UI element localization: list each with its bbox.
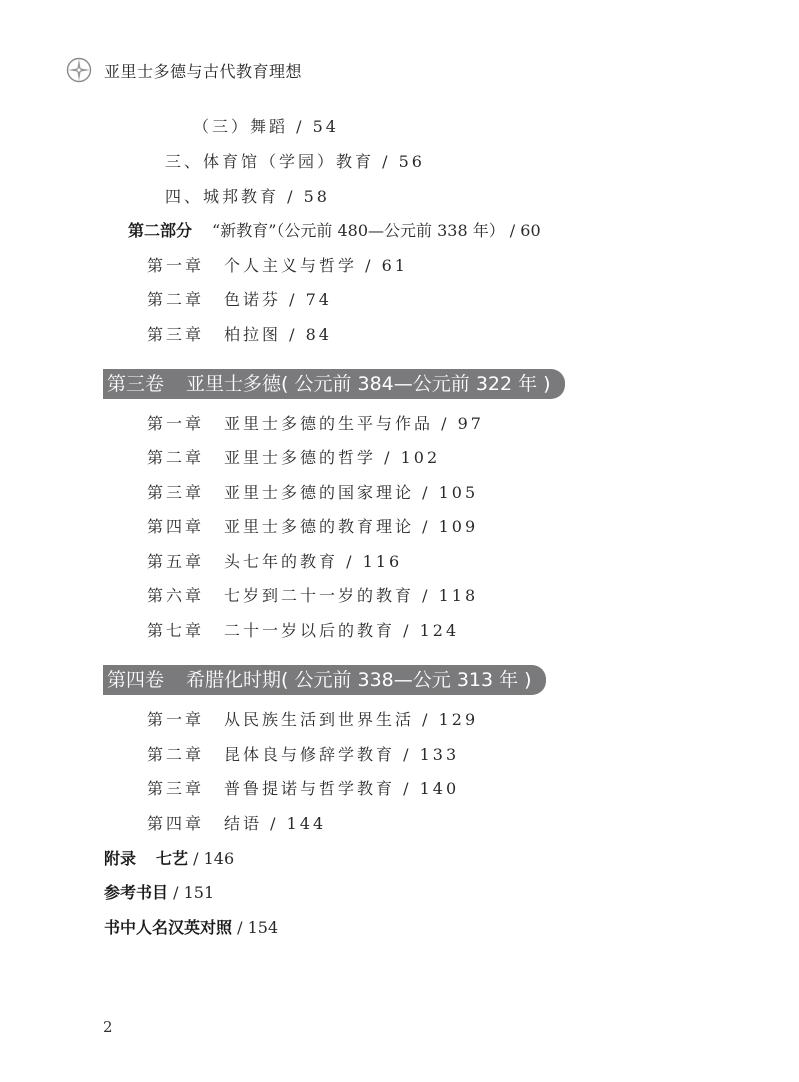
toc-chapter[interactable]: 第三章亚里士多德的国家理论 / 105 — [147, 483, 478, 503]
toc-chapter[interactable]: 第六章七岁到二十一岁的教育 / 118 — [147, 586, 478, 606]
toc-chapter[interactable]: 第四章亚里士多德的教育理论 / 109 — [147, 517, 478, 537]
book-title: 亚里士多德与古代教育理想 — [104, 59, 302, 82]
compass-rose-icon — [66, 57, 92, 83]
toc-chapter[interactable]: 第四章结语 / 144 — [147, 814, 326, 834]
toc-chapter[interactable]: 第二章色诺芬 / 74 — [147, 290, 332, 310]
toc-chapter[interactable]: 第二章昆体良与修辞学教育 / 133 — [147, 745, 459, 765]
toc-chapter[interactable]: 第二章亚里士多德的哲学 / 102 — [147, 448, 440, 468]
toc-chapter[interactable]: 第五章头七年的教育 / 116 — [147, 552, 402, 572]
part-title: “新教育”（公元前 480—公元前 338 年） / 60 — [212, 221, 541, 240]
volume-banner-4[interactable]: 第四卷希腊化时期( 公元前 338—公元 313 年 ) — [103, 665, 546, 695]
page-number: 2 — [103, 1018, 113, 1036]
toc-names-index[interactable]: 书中人名汉英对照 / 154 — [104, 918, 278, 938]
toc-chapter[interactable]: 第一章个人主义与哲学 / 61 — [147, 256, 408, 276]
toc-entry[interactable]: （三）舞蹈 / 54 — [193, 117, 339, 137]
toc-chapter[interactable]: 第一章亚里士多德的生平与作品 / 97 — [147, 414, 484, 434]
volume-banner-3[interactable]: 第三卷亚里士多德( 公元前 384—公元前 322 年 ) — [103, 369, 565, 399]
toc-entry[interactable]: 三、体育馆（学园）教育 / 56 — [165, 152, 425, 172]
toc-appendix[interactable]: 附录七艺 / 146 — [104, 849, 234, 869]
toc-bibliography[interactable]: 参考书目 / 151 — [104, 883, 214, 903]
toc-chapter[interactable]: 第三章普鲁提诺与哲学教育 / 140 — [147, 779, 459, 799]
toc-chapter[interactable]: 第一章从民族生活到世界生活 / 129 — [147, 710, 478, 730]
toc-chapter[interactable]: 第七章二十一岁以后的教育 / 124 — [147, 621, 459, 641]
running-header: 亚里士多德与古代教育理想 — [66, 57, 302, 83]
toc-entry[interactable]: 四、城邦教育 / 58 — [165, 187, 330, 207]
toc-chapter[interactable]: 第三章柏拉图 / 84 — [147, 325, 332, 345]
toc-part-heading[interactable]: 第二部分“新教育”（公元前 480—公元前 338 年） / 60 — [128, 221, 541, 241]
part-label: 第二部分 — [128, 221, 192, 240]
